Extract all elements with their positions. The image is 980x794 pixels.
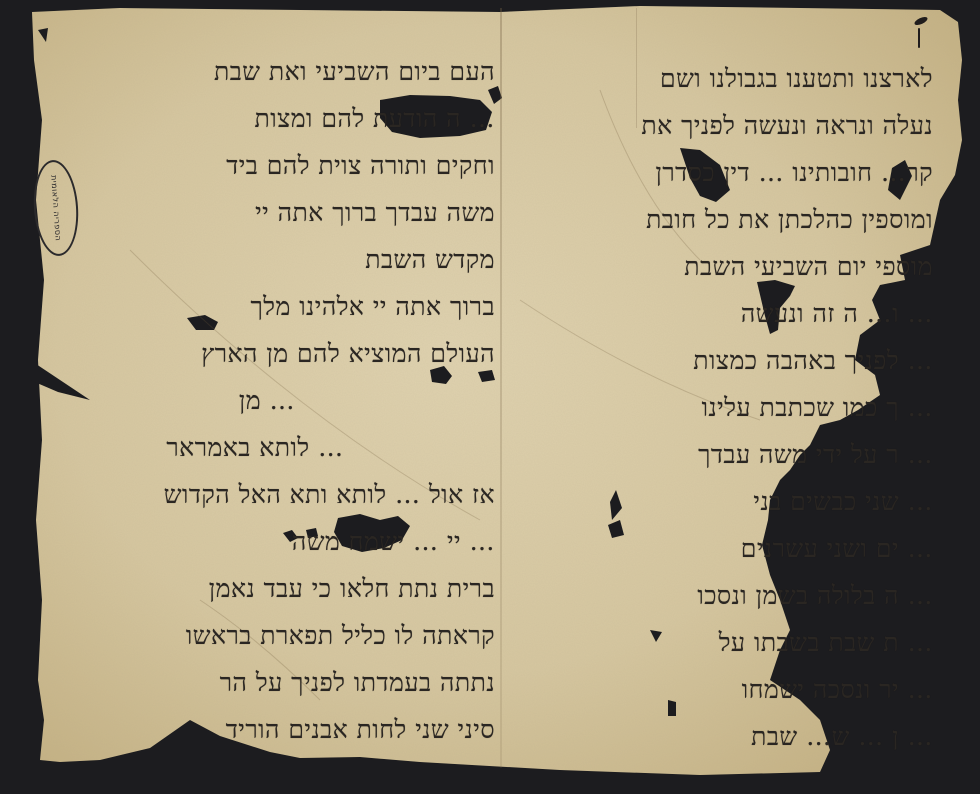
text-line: … יר ונסכה ישמחו — [548, 666, 933, 713]
text-line: … ת שבת בשבתו על — [548, 619, 933, 666]
text-line: מוספי יום השביעי השבת — [548, 243, 933, 290]
text-line: … יי … ישמח משה — [75, 518, 495, 565]
text-line: ברית נתת חלאו כי עבד נאמן — [75, 565, 495, 612]
text-line: … ך כמו שכתבת עלינו — [548, 384, 933, 431]
text-line: … לותא באמראר — [75, 424, 495, 471]
text-line: ברוך אתה יי אלהינו מלך — [75, 283, 495, 330]
manuscript-scene: הספריה הלאומית העם ביום השביעי ואת שבת …… — [0, 0, 980, 794]
right-column: לארצנו ותטענו בגבולנו ושם נעלה ונראה ונע… — [548, 55, 933, 760]
text-line: לארצנו ותטענו בגבולנו ושם — [548, 55, 933, 102]
text-line: … ים ושני עשרנים — [548, 525, 933, 572]
text-line: וחקים ותורה צוית להם ביד — [75, 142, 495, 189]
text-line: משה עבדך ברוך אתה יי — [75, 189, 495, 236]
center-fold — [500, 8, 502, 768]
left-column: העם ביום השביעי ואת שבת … ה הודעת להם ומ… — [75, 48, 495, 753]
text-line: … ה בלולה בשמן ונסכו — [548, 572, 933, 619]
text-line: קראתה לו כליל תפארת בראשו — [75, 612, 495, 659]
text-line: מקדש השבת — [75, 236, 495, 283]
text-line: קר… חובותינו … דין כסדרן — [548, 149, 933, 196]
text-line: … ר על ידי משה עבדך — [548, 431, 933, 478]
text-line: סיני שני לחות אבנים הוריד — [75, 706, 495, 753]
stamp-text: הספריה הלאומית — [49, 175, 63, 242]
text-line: נעלה ונראה ונעשה לפניך את — [548, 102, 933, 149]
text-line: נתתה בעמדתו לפניך על הר — [75, 659, 495, 706]
text-line: ומוספין כהלכתן את כל חובת — [548, 196, 933, 243]
text-line: … מן — [75, 377, 495, 424]
text-line: … לפניך באהבה כמצות — [548, 337, 933, 384]
text-line: … ו… ה זה ונעשה — [548, 290, 933, 337]
text-line: … ה הודעת להם ומצות — [75, 95, 495, 142]
text-line: העולם המוציא להם מן הארץ — [75, 330, 495, 377]
text-line: … שני כבשים בני — [548, 478, 933, 525]
text-line: אז אול … לותא ותא האל הקדוש — [75, 471, 495, 518]
ink-mark — [918, 28, 920, 48]
text-line: העם ביום השביעי ואת שבת — [75, 48, 495, 95]
text-line: … ן … ש… שבת — [548, 713, 933, 760]
